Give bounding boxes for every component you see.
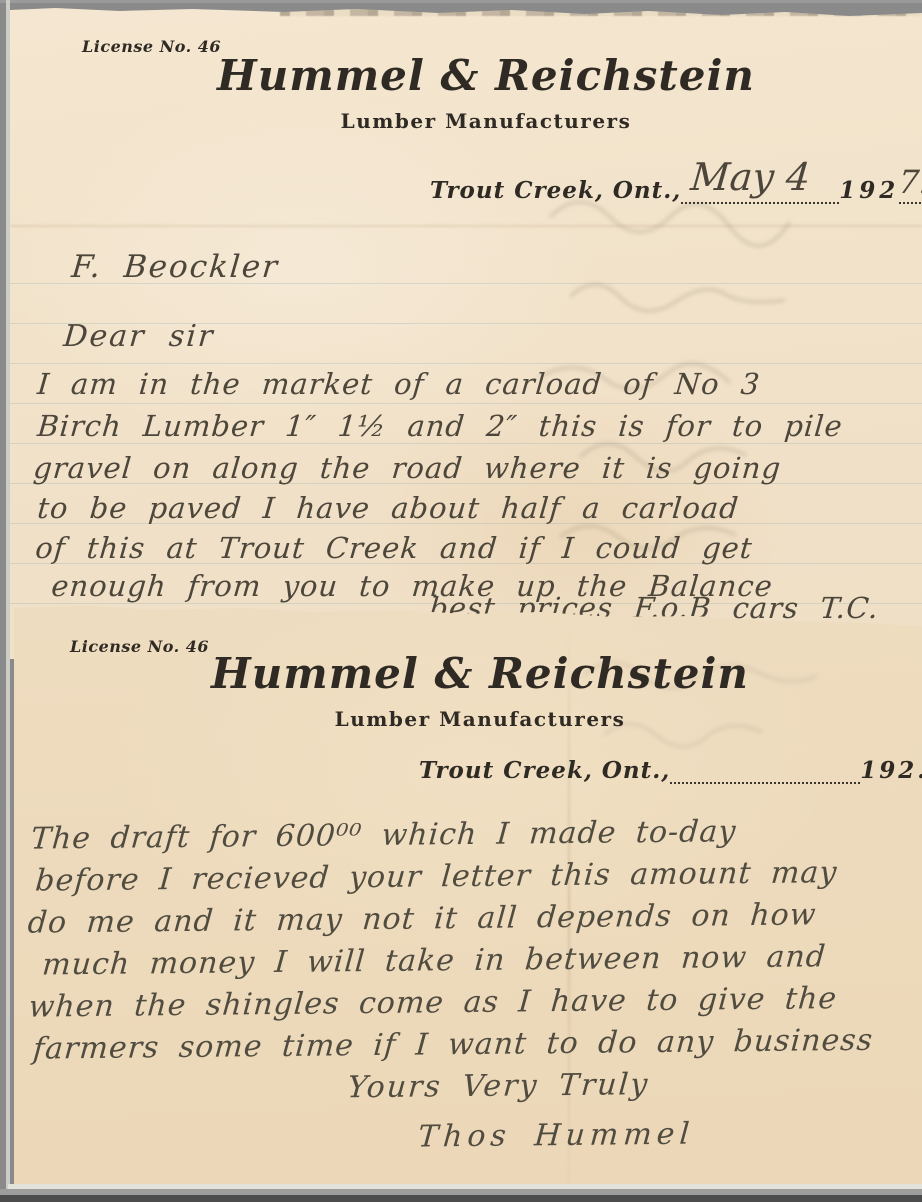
salutation: Dear sir: [62, 319, 216, 354]
letter1-body-line: gravel on along the road where it is goi…: [32, 451, 783, 485]
letter1-body-line: I am in the market of a carload of No 3: [36, 367, 762, 401]
company-subtitle: Lumber Manufacturers: [10, 109, 922, 133]
letter2-body-line: farmers some time if I want to do any bu…: [32, 1023, 875, 1067]
letter2-body: The draft for 600⁰⁰ which I made to-day …: [11, 590, 922, 1191]
scanner-left-edge: [6, 0, 10, 1202]
torn-paper-edge: [280, 7, 922, 16]
letter2-sheet: License No. 46 Hummel & Reichstein Lumbe…: [14, 595, 922, 1187]
dateline-dotted-rule: May 4: [681, 199, 839, 204]
signature: Thos Hummel: [417, 1117, 696, 1155]
letter2-body-line: before I recieved your letter this amoun…: [34, 855, 839, 898]
recipient-name: F. Beockler: [70, 249, 281, 285]
letter2-body-line: do me and it may not it all depends on h…: [26, 897, 817, 940]
letter1-body-line: Birch Lumber 1″ 1½ and 2″ this is for to…: [36, 409, 844, 443]
dateline: Trout Creek, Ont., May 4 192 7.: [430, 177, 922, 204]
letter1-body-line: to be paved I have about half a carload: [36, 491, 740, 525]
dateline-place: Trout Creek, Ont.,: [430, 177, 681, 204]
handwritten-date: May 4: [689, 155, 812, 199]
closing-phrase: Yours Very Truly: [346, 1067, 650, 1105]
handwritten-year-digit: 7.: [897, 163, 922, 201]
scanner-bottom-band: [0, 1195, 922, 1202]
company-name: Hummel & Reichstein: [10, 51, 922, 100]
letter2-body-line: The draft for 600⁰⁰ which I made to-day: [30, 814, 738, 856]
dateline-year-dots: 7.: [899, 199, 922, 204]
letter2-body-line: much money I will take in between now an…: [41, 939, 827, 982]
letter2-body-line: when the shingles come as I have to give…: [27, 981, 838, 1024]
paper-crease: [10, 225, 922, 227]
dateline-year-printed: 192: [839, 177, 899, 204]
scanned-letters-page: License No. 46 Hummel & Reichstein Lumbe…: [0, 0, 922, 1202]
scanner-top-edge: [0, 0, 922, 3]
letter1-body-line: of this at Trout Creek and if I could ge…: [34, 531, 754, 565]
letter1-sheet: License No. 46 Hummel & Reichstein Lumbe…: [10, 7, 922, 659]
